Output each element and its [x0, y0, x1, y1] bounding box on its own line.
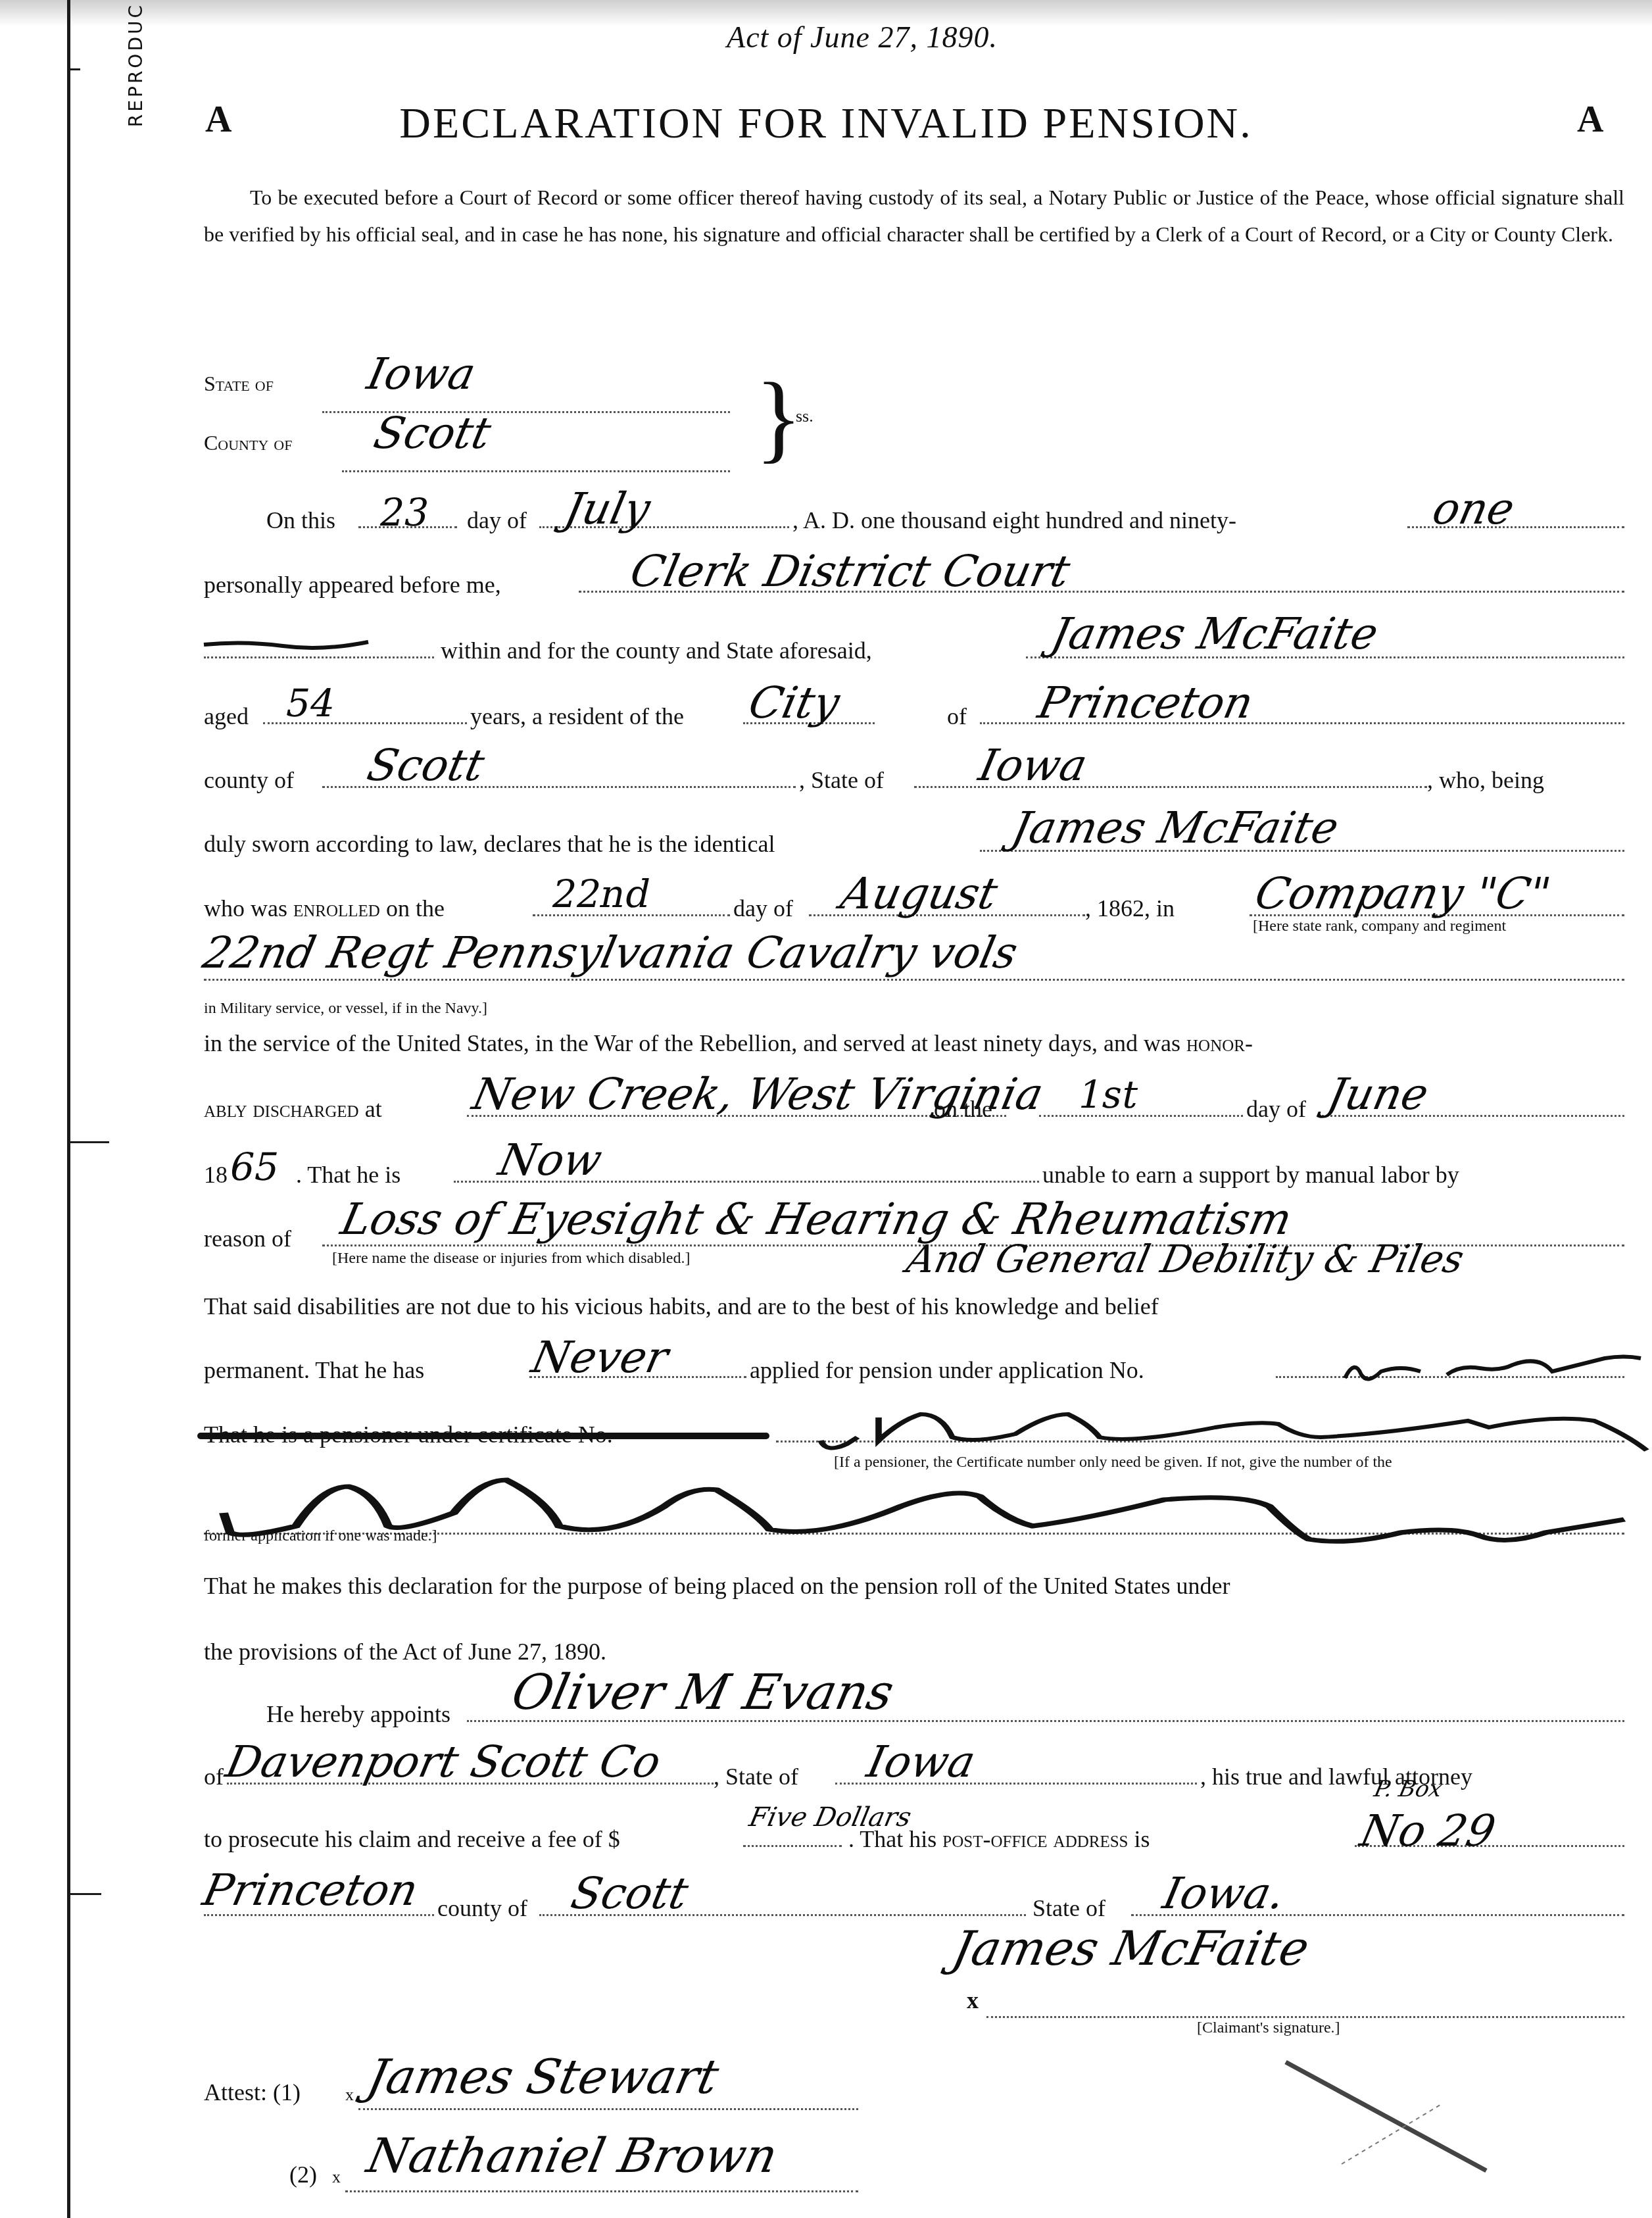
witness-1-signature[interactable]: James Stewart — [362, 2049, 723, 2104]
town-value[interactable]: Princeton — [1034, 678, 1258, 728]
pencil-x-mark — [1282, 2059, 1493, 2177]
po-value[interactable]: No 29 — [1356, 1806, 1500, 1856]
attest-label: Attest: (1) — [204, 2079, 301, 2106]
vicious-text: That said disabilities are not due to hi… — [204, 1293, 1159, 1320]
attorney-state[interactable]: Iowa — [863, 1737, 980, 1787]
enrolled-day-of: day of — [733, 895, 793, 922]
identical-name[interactable]: James McFaite — [1008, 802, 1344, 853]
appeared-label: personally appeared before me, — [204, 571, 501, 599]
age-value[interactable]: 54 — [281, 681, 339, 726]
on-this-label: On this — [266, 506, 335, 534]
day-of-label: day of — [467, 506, 527, 534]
discharge-day-line — [1039, 1095, 1243, 1123]
margin-tick — [68, 1893, 101, 1895]
act-reference: Act of June 27, 1890. — [0, 20, 1652, 55]
fee-text: to prosecute his claim and receive a fee… — [204, 1825, 620, 1853]
margin-tick — [68, 68, 80, 70]
county-label: County of — [204, 431, 292, 455]
po-pre: . That his — [848, 1826, 936, 1852]
regiment-value[interactable]: 22nd Regt Pennsylvania Cavalry vols — [199, 927, 1022, 978]
year-value[interactable]: one — [1428, 483, 1519, 534]
discharge-month[interactable]: June — [1323, 1069, 1433, 1120]
po-county[interactable]: Scott — [567, 1868, 692, 1919]
enrolled-label: who was enrolled on the — [204, 895, 445, 922]
reason-label: reason of — [204, 1225, 291, 1252]
applied-value[interactable]: Never — [527, 1332, 673, 1383]
discharged-sc: ably discharged — [204, 1096, 359, 1122]
attorney-name[interactable]: Oliver M Evans — [507, 1664, 899, 1721]
ss-label: ss. — [796, 407, 814, 426]
discharge-day-of: day of — [1246, 1095, 1306, 1123]
ad-text: , A. D. one thousand eight hundred and n… — [792, 506, 1236, 534]
instructions: To be executed before a Court of Record … — [204, 179, 1624, 253]
form-title: DECLARATION FOR INVALID PENSION. — [0, 99, 1652, 149]
county2-value[interactable]: Scott — [363, 740, 489, 791]
officer-value[interactable]: Clerk District Court — [626, 546, 1075, 597]
po-sc: post-office address — [942, 1826, 1128, 1852]
residence-type[interactable]: City — [744, 678, 844, 728]
permanent-label: permanent. That he has — [204, 1356, 424, 1384]
application-no-scribble — [1342, 1352, 1644, 1391]
on-the-label: on the — [934, 1095, 992, 1123]
discharged-label: ably discharged at — [204, 1095, 382, 1123]
within-line — [204, 637, 434, 664]
rank-hint: [Here state rank, company and regiment — [1253, 918, 1506, 935]
state-of-label: , State of — [799, 766, 884, 794]
po-county-label: county of — [437, 1894, 527, 1922]
company-value[interactable]: Company "C" — [1251, 868, 1555, 919]
status-value[interactable]: Now — [495, 1135, 606, 1185]
po-town[interactable]: Princeton — [199, 1865, 423, 1915]
discharge-day[interactable]: 1st — [1074, 1072, 1142, 1117]
form-letter-right: A — [1577, 99, 1603, 141]
enrolled-post: on the — [386, 895, 445, 922]
state2-value[interactable]: Iowa — [975, 740, 1092, 791]
signature-mark: x — [967, 1986, 979, 2014]
that-he-is: . That he is — [296, 1161, 401, 1189]
aged-label: aged — [204, 702, 249, 730]
po-is: is — [1134, 1826, 1150, 1852]
enrolled-pre: who was — [204, 895, 287, 922]
enrolled-day[interactable]: 22nd — [548, 872, 655, 916]
strike-through — [197, 1433, 769, 1439]
enrolled-month[interactable]: August — [837, 868, 1002, 919]
applied-text: applied for pension under application No… — [750, 1356, 1144, 1384]
enrolled-sc: enrolled — [293, 895, 380, 922]
former-hint: former application if one was made.] — [204, 1527, 437, 1545]
signature-hint: [Claimant's signature.] — [1197, 2019, 1340, 2037]
day-value[interactable]: 23 — [376, 490, 433, 535]
state-label: State of — [204, 372, 274, 396]
sworn-label: duly sworn according to law, declares th… — [204, 830, 775, 858]
attest-mark-2: x — [332, 2167, 341, 2187]
military-hint: in Military service, or vessel, if in th… — [204, 1000, 487, 1018]
month-value[interactable]: July — [560, 483, 655, 534]
witness-2-signature[interactable]: Nathaniel Brown — [362, 2128, 783, 2183]
appoints-label: He hereby appoints — [266, 1700, 450, 1728]
discharged-at: at — [365, 1096, 382, 1122]
service-pre: in the service of the United States, in … — [204, 1030, 1180, 1056]
binding-margin-line — [67, 0, 70, 2218]
claimant-signature[interactable]: James McFaite — [948, 1921, 1314, 1976]
margin-tick — [68, 1141, 109, 1143]
claimant-name[interactable]: James McFaite — [1047, 608, 1383, 659]
attorney-state-label: , State of — [714, 1763, 798, 1790]
certificate-scribble — [815, 1408, 1651, 1460]
po-box-note[interactable]: P. Box — [1372, 1776, 1445, 1802]
po-label: . That his post-office address is — [848, 1825, 1150, 1853]
attest-mark-1: x — [345, 2085, 354, 2105]
purpose-line-2: the provisions of the Act of June 27, 18… — [204, 1638, 606, 1665]
po-state-label: State of — [1032, 1894, 1105, 1922]
service-text: in the service of the United States, in … — [204, 1029, 1253, 1057]
resident-label: years, a resident of the — [470, 702, 684, 730]
unable-text: unable to earn a support by manual labor… — [1042, 1161, 1459, 1189]
service-sc: honor- — [1186, 1030, 1253, 1056]
county-of-label: county of — [204, 766, 294, 794]
county-value[interactable]: Scott — [370, 408, 495, 458]
discharge-year-printed: 18 — [204, 1161, 228, 1189]
disease-hint: [Here name the disease or injuries from … — [332, 1250, 690, 1268]
who-being: , who, being — [1427, 766, 1544, 794]
attorney-city[interactable]: Davenport Scott Co — [222, 1737, 666, 1787]
discharge-year-handwritten[interactable]: 65 — [226, 1145, 283, 1189]
purpose-line-1: That he makes this declaration for the p… — [204, 1572, 1230, 1600]
enrolled-year: , 1862, in — [1085, 895, 1175, 922]
pensioner-hint: [If a pensioner, the Certificate number … — [834, 1454, 1392, 1471]
po-state[interactable]: Iowa. — [1159, 1868, 1290, 1919]
disability-line-2[interactable]: And General Debility & Piles — [903, 1237, 1468, 1281]
instructions-text: To be executed before a Court of Record … — [204, 185, 1624, 246]
within-label: within and for the county and State afor… — [441, 637, 872, 664]
attorney-of-label: of — [204, 1763, 224, 1790]
of-label: of — [947, 702, 967, 730]
attest-label-2: (2) — [289, 2161, 317, 2188]
state-value[interactable]: Iowa — [363, 349, 480, 399]
